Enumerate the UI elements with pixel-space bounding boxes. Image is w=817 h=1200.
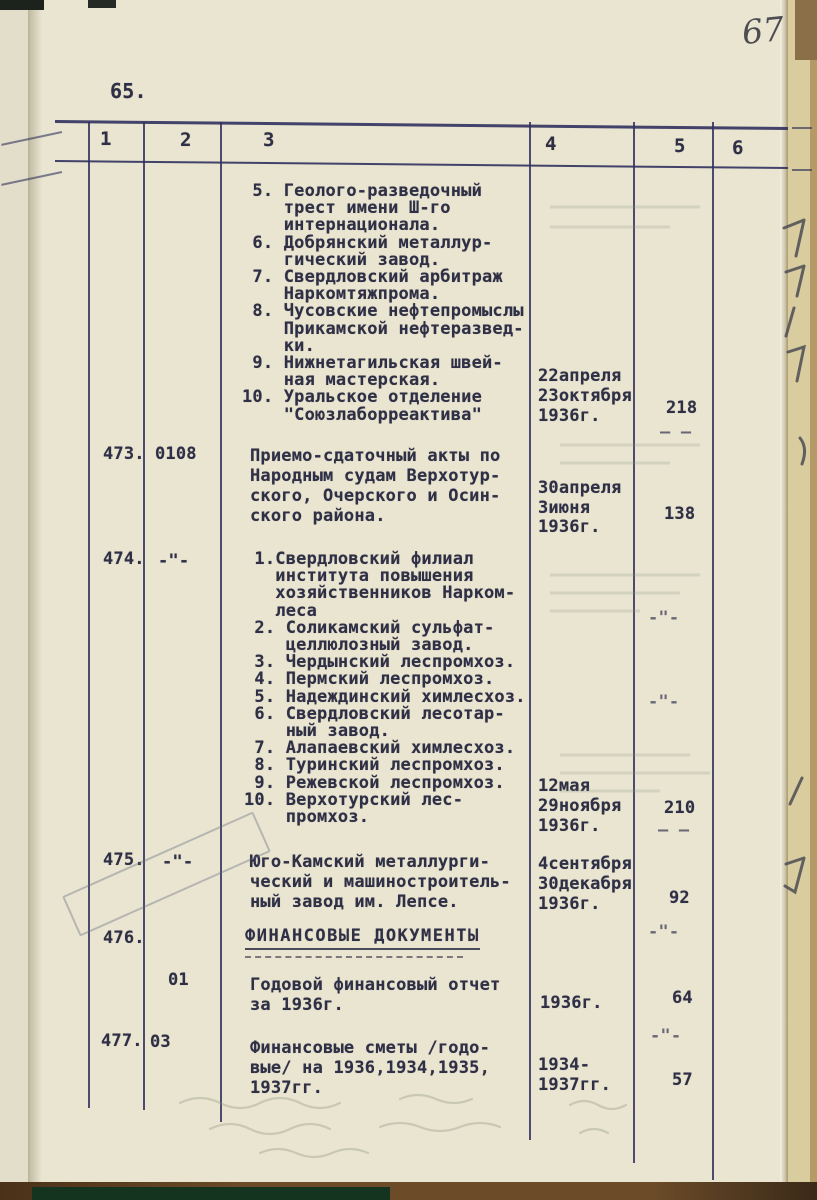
column-line-1 <box>88 122 90 1108</box>
entry-473-index: 0108 <box>155 446 197 463</box>
entry-476-section-heading: ФИНАНСОВЫЕ ДОКУМЕНТЫ <box>245 928 480 950</box>
scanned-archive-page: 65. 67 1 2 3 4 5 6 5. Геолого-разведочны… <box>0 0 817 1200</box>
entry-476-number: 476. <box>103 930 145 947</box>
table-header-rule <box>55 160 788 169</box>
heading-dashed-underline <box>245 956 463 958</box>
column-header-2: 2 <box>180 132 192 149</box>
entry-473-number: 473. <box>103 446 145 463</box>
entry-474-content: 1.Свердловский филиал института повышени… <box>244 551 526 826</box>
entry-01-dates: 1936г. <box>540 995 603 1012</box>
entry-477-number: 477. <box>101 1033 143 1050</box>
top-left-dark-notch <box>0 0 44 10</box>
rule-continuation-dash <box>792 169 812 171</box>
typed-sheet-number: 65. <box>110 83 147 100</box>
entry-01-index: 01 <box>168 972 189 989</box>
column-header-3: 3 <box>263 132 275 149</box>
entry-476-sheet-ditto: -"- <box>648 924 679 941</box>
left-fold-shadow <box>28 0 42 1200</box>
entry-473-content: Приемо-сдаточный акты по Народным судам … <box>250 446 500 526</box>
entry-474-sheet-dashes: – – <box>658 822 689 839</box>
top-dark-fragment <box>88 0 116 8</box>
table-top-rule <box>55 120 788 130</box>
column-line-4 <box>529 122 531 1140</box>
entry-01-sheet-count: 64 <box>672 990 693 1007</box>
handwritten-check-marks-icon <box>778 180 816 920</box>
entry-474-number: 474. <box>103 551 145 568</box>
column-header-6: 6 <box>732 140 744 157</box>
rule-continuation-dash <box>792 127 812 129</box>
column-line-3 <box>220 122 222 1122</box>
entry-477-index: 03 <box>150 1034 171 1051</box>
entry-475-sheet-count: 92 <box>669 890 690 907</box>
top-right-corner-shadow <box>795 0 817 60</box>
entry-474-index-ditto: -"- <box>158 553 189 570</box>
bleedthrough-text-ghost <box>540 195 720 815</box>
entry-01-content: Годовой финансовый отчет за 1936г. <box>250 975 500 1015</box>
handwritten-folio-number: 67 <box>741 20 785 42</box>
entry-475-dates: 4сентября 30декабря 1936г. <box>538 854 632 914</box>
column-line-2 <box>143 122 145 1110</box>
entry-475-content: Юго-Камский металлурги- ческий и машинос… <box>250 852 511 912</box>
column-header-5: 5 <box>674 138 686 155</box>
entry-cont-content: 5. Геолого-разведочный трест имени Ш-го … <box>242 183 524 424</box>
bleedthrough-handwriting-ghost <box>150 1085 730 1165</box>
bottom-green-cover <box>32 1187 390 1200</box>
column-header-1: 1 <box>100 131 112 148</box>
entry-477-sheet-ditto: -"- <box>650 1028 681 1045</box>
column-header-4: 4 <box>545 136 557 153</box>
pencil-stamp-outline-icon <box>62 811 271 936</box>
